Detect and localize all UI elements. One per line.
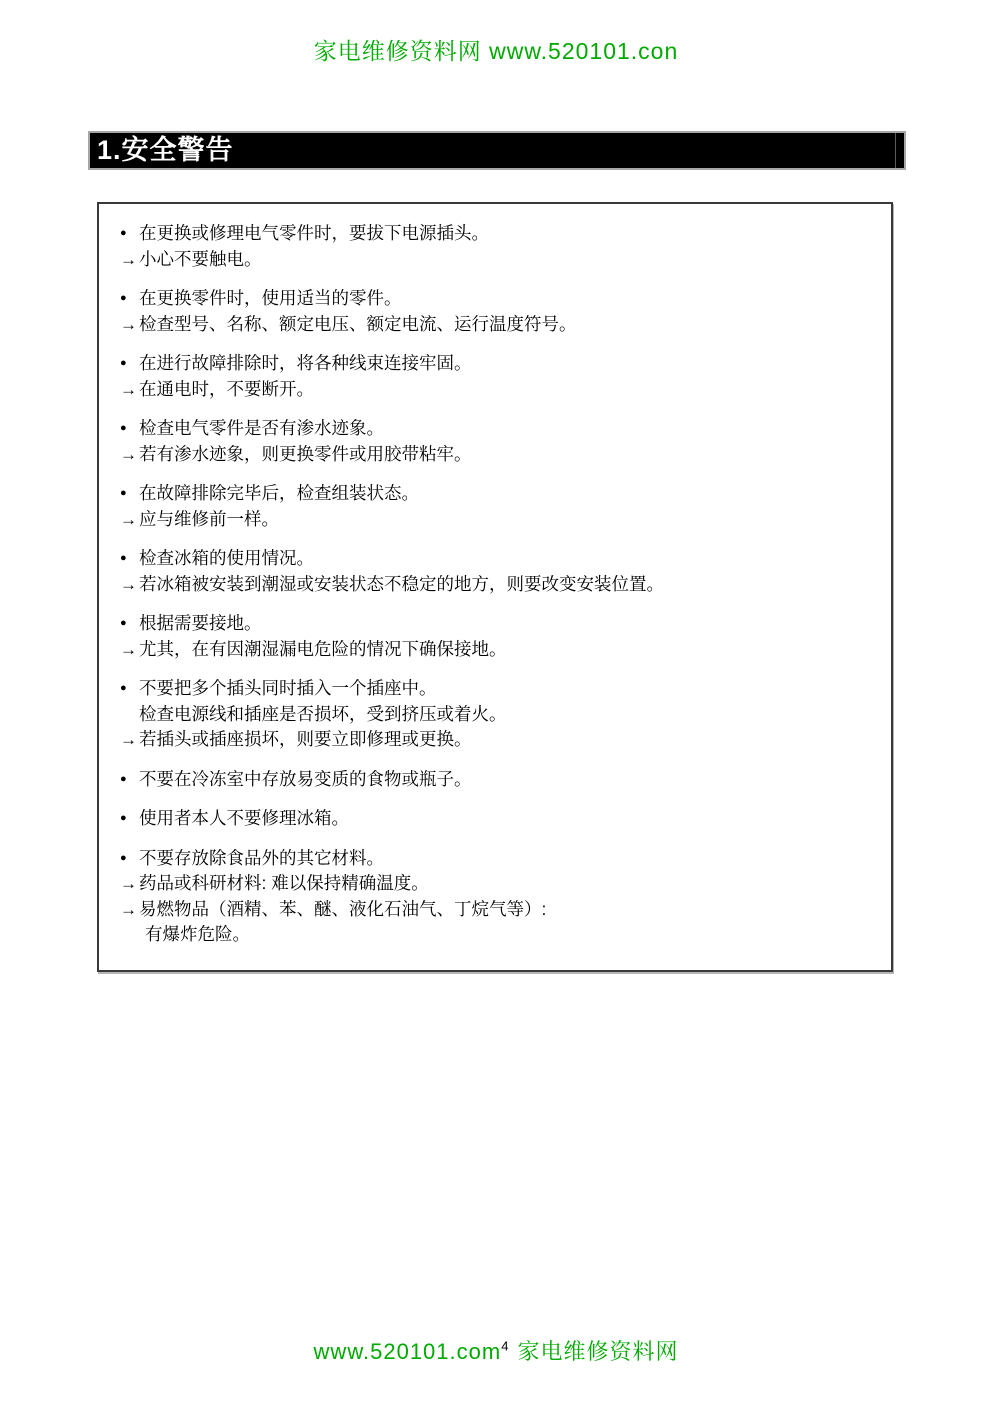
page-number: 4 — [501, 1339, 509, 1354]
bullet-icon: ● — [120, 351, 139, 377]
arrow-icon: → — [120, 377, 139, 403]
warning-text: 不要把多个插头同时插入一个插座中。 — [139, 676, 881, 702]
bullet-icon: ● — [120, 806, 139, 832]
arrow-icon: → — [120, 442, 139, 468]
warning-line: →易燃物品（酒精、苯、醚、液化石油气、丁烷气等）: — [120, 897, 881, 923]
warning-group: ●在进行故障排除时，将各种线束连接牢固。→在通电时，不要断开。 — [120, 351, 881, 402]
warning-text: 在故障排除完毕后，检查组装状态。 — [139, 481, 881, 507]
warning-line: ●在故障排除完毕后，检查组装状态。 — [120, 481, 881, 507]
warning-group: ●检查电气零件是否有渗水迹象。→若有渗水迹象，则更换零件或用胶带粘牢。 — [120, 416, 881, 467]
warning-line: ●根据需要接地。 — [120, 611, 881, 637]
warning-line: →若插头或插座损坏，则要立即修理或更换。 — [120, 727, 881, 753]
warning-line: →药品或科研材料: 难以保持精确温度。 — [120, 871, 881, 897]
bullet-icon: ● — [120, 481, 139, 507]
warning-line: →小心不要触电。 — [120, 247, 881, 273]
section-title: 1.安全警告 — [97, 135, 234, 165]
arrow-icon: → — [120, 637, 139, 663]
warning-text: 检查电源线和插座是否损坏，受到挤压或着火。 — [139, 702, 881, 728]
warning-group: ●不要存放除食品外的其它材料。→药品或科研材料: 难以保持精确温度。→易燃物品（… — [120, 846, 881, 948]
bullet-icon: ● — [120, 286, 139, 312]
site-footer: www.520101.com4家电维修资料网 — [0, 1335, 992, 1366]
warning-line: →若有渗水迹象，则更换零件或用胶带粘牢。 — [120, 442, 881, 468]
warning-line: →若冰箱被安装到潮湿或安装状态不稳定的地方，则要改变安装位置。 — [120, 572, 881, 598]
arrow-icon: → — [120, 871, 139, 897]
warning-group: ●在故障排除完毕后，检查组装状态。→应与维修前一样。 — [120, 481, 881, 532]
warning-text: 在通电时，不要断开。 — [139, 377, 881, 403]
warning-group: ●在更换零件时，使用适当的零件。→检查型号、名称、额定电压、额定电流、运行温度符… — [120, 286, 881, 337]
section-banner: 1.安全警告 — [88, 131, 906, 170]
safety-warning-box: ●在更换或修理电气零件时，要拔下电源插头。→小心不要触电。●在更换零件时，使用适… — [97, 202, 893, 972]
warning-text: 尤其，在有因潮湿漏电危险的情况下确保接地。 — [139, 637, 881, 663]
warning-text: 若冰箱被安装到潮湿或安装状态不稳定的地方，则要改变安装位置。 — [139, 572, 881, 598]
warning-line: 检查电源线和插座是否损坏，受到挤压或着火。 — [120, 702, 881, 728]
warning-text: 根据需要接地。 — [139, 611, 881, 637]
warning-text: 若有渗水迹象，则更换零件或用胶带粘牢。 — [139, 442, 881, 468]
warning-text: 在进行故障排除时，将各种线束连接牢固。 — [139, 351, 881, 377]
arrow-icon: → — [120, 727, 139, 753]
bullet-icon: ● — [120, 676, 139, 702]
warning-line: →应与维修前一样。 — [120, 507, 881, 533]
arrow-icon: → — [120, 897, 139, 923]
no-marker — [120, 702, 139, 728]
arrow-icon: → — [120, 507, 139, 533]
warning-group: ●使用者本人不要修理冰箱。 — [120, 806, 881, 832]
warning-line: ●在更换零件时，使用适当的零件。 — [120, 286, 881, 312]
warning-text: 检查冰箱的使用情况。 — [139, 546, 881, 572]
warning-group: ●在更换或修理电气零件时，要拔下电源插头。→小心不要触电。 — [120, 221, 881, 272]
warning-text: 不要存放除食品外的其它材料。 — [139, 846, 881, 872]
warning-line: ●检查冰箱的使用情况。 — [120, 546, 881, 572]
warning-line: →在通电时，不要断开。 — [120, 377, 881, 403]
bullet-icon: ● — [120, 611, 139, 637]
warning-line: ●在进行故障排除时，将各种线束连接牢固。 — [120, 351, 881, 377]
bullet-icon: ● — [120, 416, 139, 442]
warning-text: 有爆炸危险。 — [145, 922, 881, 948]
bullet-icon: ● — [120, 846, 139, 872]
warning-group: ●检查冰箱的使用情况。→若冰箱被安装到潮湿或安装状态不稳定的地方，则要改变安装位… — [120, 546, 881, 597]
warning-text: 药品或科研材料: 难以保持精确温度。 — [139, 871, 881, 897]
warning-group: ●不要把多个插头同时插入一个插座中。检查电源线和插座是否损坏，受到挤压或着火。→… — [120, 676, 881, 753]
warning-line: ●不要存放除食品外的其它材料。 — [120, 846, 881, 872]
warning-text: 检查电气零件是否有渗水迹象。 — [139, 416, 881, 442]
footer-url: www.520101.com — [314, 1339, 502, 1364]
header-site-text: 家电维修资料网 www.520101.con — [314, 38, 679, 64]
footer-site-name: 家电维修资料网 — [517, 1339, 678, 1364]
warning-line: →检查型号、名称、额定电压、额定电流、运行温度符号。 — [120, 312, 881, 338]
warning-text: 若插头或插座损坏，则要立即修理或更换。 — [139, 727, 881, 753]
warning-text: 不要在冷冻室中存放易变质的食物或瓶子。 — [139, 767, 881, 793]
warning-line: ●不要在冷冻室中存放易变质的食物或瓶子。 — [120, 767, 881, 793]
arrow-icon: → — [120, 247, 139, 273]
warning-group: ●不要在冷冻室中存放易变质的食物或瓶子。 — [120, 767, 881, 793]
site-header: 家电维修资料网 www.520101.con — [0, 33, 992, 66]
bullet-icon: ● — [120, 221, 139, 247]
warning-text: 应与维修前一样。 — [139, 507, 881, 533]
warning-line: ●不要把多个插头同时插入一个插座中。 — [120, 676, 881, 702]
banner-divider — [895, 133, 896, 168]
warning-text: 使用者本人不要修理冰箱。 — [139, 806, 881, 832]
warning-line: ●在更换或修理电气零件时，要拔下电源插头。 — [120, 221, 881, 247]
no-marker — [120, 922, 139, 948]
warning-text: 在更换或修理电气零件时，要拔下电源插头。 — [139, 221, 881, 247]
warning-group: ●根据需要接地。→尤其，在有因潮湿漏电危险的情况下确保接地。 — [120, 611, 881, 662]
warning-text: 易燃物品（酒精、苯、醚、液化石油气、丁烷气等）: — [139, 897, 881, 923]
arrow-icon: → — [120, 572, 139, 598]
warning-text: 在更换零件时，使用适当的零件。 — [139, 286, 881, 312]
bullet-icon: ● — [120, 767, 139, 793]
arrow-icon: → — [120, 312, 139, 338]
bullet-icon: ● — [120, 546, 139, 572]
warning-line: ●检查电气零件是否有渗水迹象。 — [120, 416, 881, 442]
warning-line: ●使用者本人不要修理冰箱。 — [120, 806, 881, 832]
warning-line: 有爆炸危险。 — [120, 922, 881, 948]
warning-text: 检查型号、名称、额定电压、额定电流、运行温度符号。 — [139, 312, 881, 338]
warning-text: 小心不要触电。 — [139, 247, 881, 273]
warning-line: →尤其，在有因潮湿漏电危险的情况下确保接地。 — [120, 637, 881, 663]
